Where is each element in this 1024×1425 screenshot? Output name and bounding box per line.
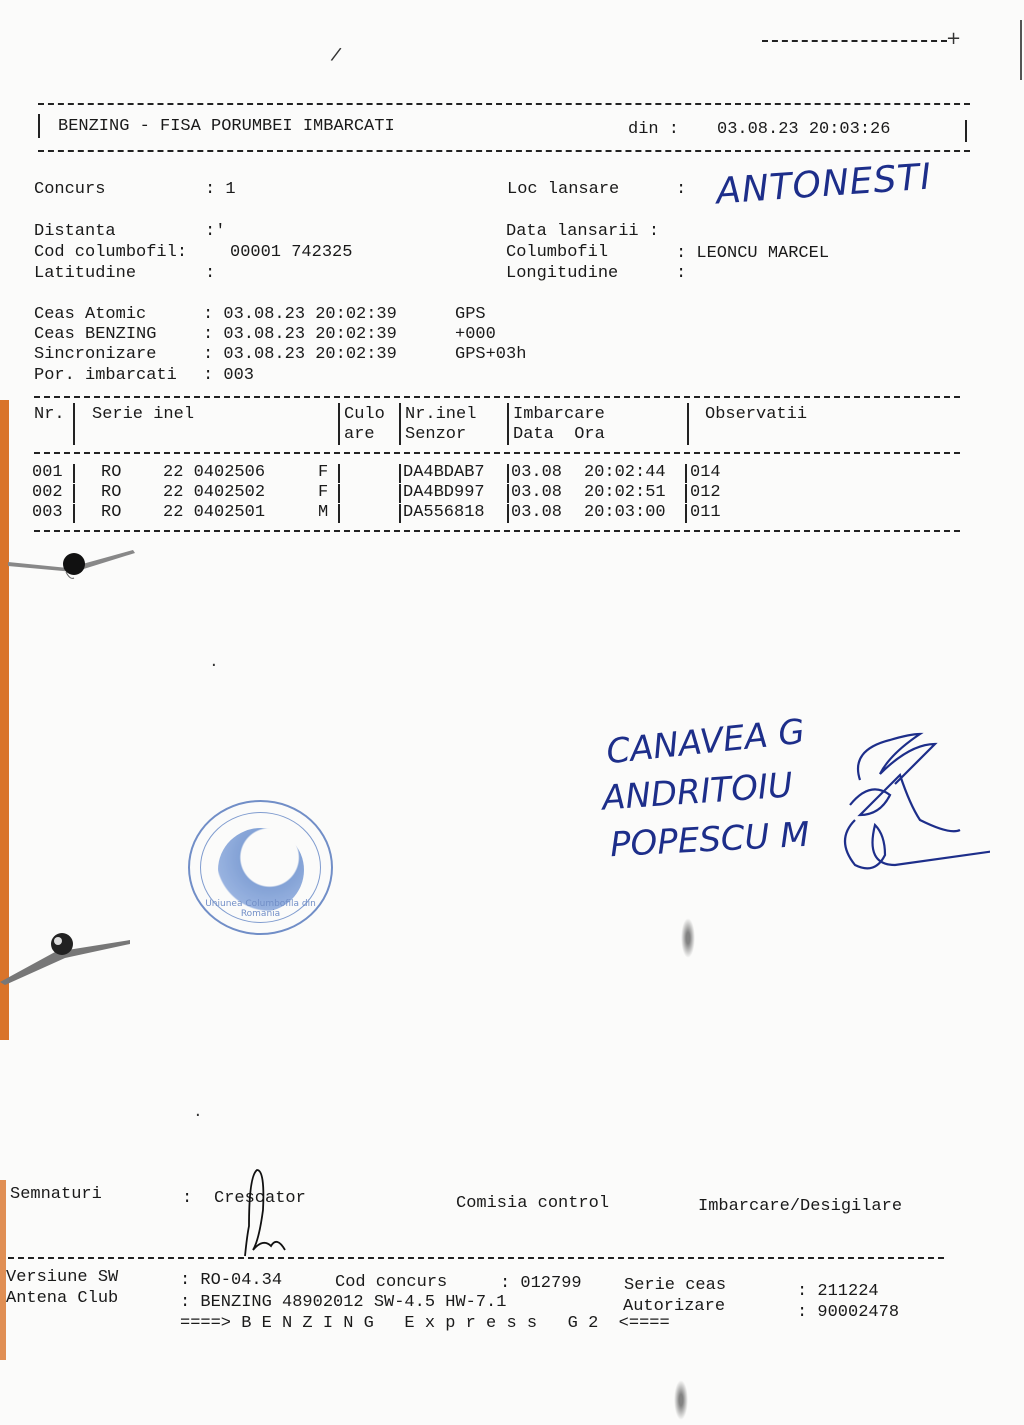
clock-value: : 03.08.23 20:02:39 (203, 325, 397, 345)
dot-mark: · (195, 1105, 201, 1126)
cell-country: RO (101, 483, 121, 503)
cell-ora: 20:02:44 (584, 463, 666, 483)
latitudine-value: : (205, 264, 215, 284)
cell-senzor: DA556818 (403, 503, 485, 523)
cell-ring: 22 0402506 (163, 463, 265, 483)
stray-mark: / (330, 44, 343, 66)
clock-value: : 03.08.23 20:02:39 (203, 305, 397, 325)
columbofil-label: Columbofil (506, 243, 608, 263)
cell-ring: 22 0402501 (163, 503, 265, 523)
concurs-value: : 1 (205, 180, 236, 200)
col-observatii-header: Observatii (705, 405, 807, 425)
cod-concurs-label: Cod concurs (335, 1273, 447, 1293)
footer-rule (8, 1257, 944, 1259)
cell-senzor: DA4BDAB7 (403, 463, 485, 483)
col-divider (73, 403, 75, 445)
commission-member-name: POPESCU M (609, 815, 810, 865)
loc-lansare-label: Loc lansare (507, 180, 619, 200)
signatures-label: Semnaturi (10, 1185, 102, 1205)
paper-edge-right (1020, 20, 1022, 80)
cell-ora: 20:02:51 (584, 483, 666, 503)
ink-smudge (681, 918, 695, 958)
col-divider (687, 403, 689, 445)
col-senzor-header-2: Senzor (405, 425, 466, 445)
antena-club-label: Antena Club (6, 1289, 118, 1309)
longitudine-value: : (676, 264, 686, 284)
col-divider (399, 464, 401, 483)
imbarcare-desigilare-label: Imbarcare/Desigilare (698, 1197, 902, 1217)
col-divider (507, 464, 509, 483)
col-culoare-header-2: are (344, 425, 375, 445)
cell-country: RO (101, 463, 121, 483)
table-bottom-rule (34, 530, 960, 532)
crescator-signature (235, 1168, 295, 1260)
col-imbarcare-header-1: Imbarcare (513, 405, 605, 425)
cell-sex: M (318, 503, 328, 523)
col-senzor-header-1: Nr.inel (405, 405, 476, 425)
loc-lansare-handwritten: ANTONESTI (715, 157, 933, 213)
clock-label: Ceas BENZING (34, 325, 156, 345)
clock-label: Sincronizare (34, 345, 156, 365)
date-label: din : (628, 120, 679, 140)
serie-ceas-value: : 211224 (797, 1282, 879, 1302)
cell-nr: 001 (32, 463, 63, 483)
commission-member-name: ANDRITOIU (601, 765, 794, 818)
dot-mark: · (211, 655, 217, 676)
signatures-sep: : (182, 1189, 192, 1209)
binder-clip-icon (8, 540, 138, 585)
cell-nr: 003 (32, 503, 63, 523)
latitudine-label: Latitudine (34, 264, 136, 284)
club-stamp: Uniunea Columbofila din Romania (188, 800, 333, 935)
clock-value: : 003 (203, 366, 254, 386)
plus-mark: + (946, 28, 961, 49)
col-divider (507, 504, 509, 523)
col-divider (507, 484, 509, 503)
data-lansarii-label: Data lansarii : (506, 222, 659, 242)
header-right-bar (965, 120, 967, 142)
header-left-bar (38, 114, 40, 138)
table-header-rule (34, 452, 960, 454)
col-nr-header: Nr. (34, 405, 65, 425)
header-bottom-rule (38, 150, 970, 152)
cell-country: RO (101, 503, 121, 523)
cod-concurs-value: : 012799 (500, 1274, 582, 1294)
antena-club-value: : BENZING 48902012 SW-4.5 HW-7.1 (180, 1293, 506, 1313)
col-divider (338, 484, 340, 503)
cell-data: 03.08 (511, 463, 562, 483)
loc-lansare-sep: : (676, 180, 686, 200)
cell-nr: 002 (32, 483, 63, 503)
col-divider (399, 484, 401, 503)
cell-obs: 014 (690, 463, 721, 483)
top-dash-line (762, 40, 947, 42)
cell-obs: 011 (690, 503, 721, 523)
print-datetime: 03.08.23 20:03:26 (717, 120, 890, 140)
document-title: BENZING - FISA PORUMBEI IMBARCATI (58, 117, 395, 137)
ink-smudge (674, 1380, 688, 1420)
signature-scribbles (820, 720, 990, 875)
cell-senzor: DA4BD997 (403, 483, 485, 503)
columbofil-value: : LEONCU MARCEL (676, 244, 829, 264)
col-divider (399, 403, 401, 445)
clock-suffix: +000 (455, 325, 496, 345)
commission-member-name: CANAVEA G (604, 712, 806, 773)
cell-data: 03.08 (511, 483, 562, 503)
serie-ceas-label: Serie ceas (624, 1276, 726, 1296)
distanta-label: Distanta (34, 222, 116, 242)
col-divider (73, 504, 75, 523)
clock-value: : 03.08.23 20:02:39 (203, 345, 397, 365)
col-divider (685, 464, 687, 483)
cod-columbofil-label: Cod columbofil: (34, 243, 187, 263)
comisia-control-label: Comisia control (456, 1194, 609, 1214)
binder-clip-icon (0, 930, 135, 985)
benzing-banner: ====> B E N Z I N G E x p r e s s G 2 <=… (180, 1314, 670, 1334)
col-divider (338, 403, 340, 445)
col-divider (685, 484, 687, 503)
col-divider (73, 484, 75, 503)
col-divider (507, 403, 509, 445)
col-divider (685, 504, 687, 523)
cell-sex: F (318, 483, 328, 503)
clock-suffix: GPS (455, 305, 486, 325)
cell-ring: 22 0402502 (163, 483, 265, 503)
table-top-rule (34, 396, 960, 398)
cell-sex: F (318, 463, 328, 483)
clock-label: Ceas Atomic (34, 305, 146, 325)
clock-suffix: GPS+03h (455, 345, 526, 365)
versiune-sw-label: Versiune SW (6, 1268, 118, 1288)
cell-obs: 012 (690, 483, 721, 503)
stamp-text: Uniunea Columbofila din Romania (190, 899, 331, 919)
col-divider (399, 504, 401, 523)
col-serie-header: Serie inel (92, 405, 194, 425)
col-divider (338, 504, 340, 523)
col-culoare-header-1: Culo (344, 405, 385, 425)
distanta-value: :' (205, 222, 225, 242)
clock-label: Por. imbarcati (34, 366, 177, 386)
concurs-label: Concurs (34, 180, 105, 200)
cell-ora: 20:03:00 (584, 503, 666, 523)
cod-columbofil-value: 00001 742325 (230, 243, 352, 263)
versiune-sw-value: : RO-04.34 (180, 1271, 282, 1291)
col-imbarcare-header-2: Data Ora (513, 425, 605, 445)
col-divider (73, 464, 75, 483)
autorizare-value: : 90002478 (797, 1303, 899, 1323)
cell-data: 03.08 (511, 503, 562, 523)
longitudine-label: Longitudine (506, 264, 618, 284)
header-top-rule (38, 103, 970, 105)
col-divider (338, 464, 340, 483)
